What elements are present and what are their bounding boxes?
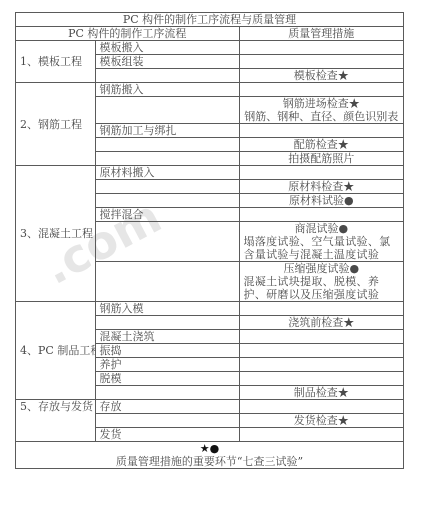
measure-cell [239,166,403,180]
measure-cell [239,302,403,316]
measure-detail: 塌落度试验、空气量试验、氯含量试验与混凝土温度试验 [244,235,399,261]
section-formwork: 1、模板工程 [16,41,96,83]
table-row: 5、存放与发货 存放 [16,400,404,414]
measure-cell: 商混试验● 塌落度试验、空气量试验、氯含量试验与混凝土温度试验 [239,222,403,262]
measure-cell [239,428,403,442]
measure-cell: 模板检查★ [239,69,403,83]
step-cell: 原材料搬入 [95,166,239,180]
measure-cell [239,208,403,222]
step-cell: 脱模 [95,372,239,386]
process-quality-table: PC 构件的制作工序流程与质量管理 PC 构件的制作工序流程 质量管理措施 1、… [15,12,404,469]
step-cell [95,222,239,262]
step-cell [95,138,239,152]
footer-note: 质量管理措施的重要环节“七查三试验” [116,455,303,468]
measure-cell: 钢筋进场检查★ 钢筋、钢种、直径、颜色识别表 [239,97,403,124]
section-pc-product: 4、PC 制品工程 [16,302,96,400]
measure-cell [239,358,403,372]
blur-overlay [322,474,402,494]
measure-title: 压缩强度试验● [283,262,359,275]
step-cell: 模板组装 [95,55,239,69]
measure-cell: 拍摄配筋照片 [239,152,403,166]
measure-cell: 压缩强度试验● 混凝土试块提取、脱模、养护、研磨以及压缩强度试验 [239,262,403,302]
measure-title: 商混试验● [294,222,348,235]
measure-cell: 制品检查★ [239,386,403,400]
measure-cell: 发货检查★ [239,414,403,428]
step-cell: 养护 [95,358,239,372]
legend-symbols: ★● [200,442,219,455]
step-cell: 搅拌混合 [95,208,239,222]
measure-cell [239,372,403,386]
table-row: 3、混凝土工程 原材料搬入 [16,166,404,180]
step-cell [95,152,239,166]
step-cell: 钢筋加工与绑扎 [95,124,239,138]
step-cell [95,69,239,83]
step-cell: 模板搬入 [95,41,239,55]
measure-cell [239,344,403,358]
header-process: PC 构件的制作工序流程 [16,27,240,41]
measure-cell: 原材料检查★ [239,180,403,194]
measure-cell [239,41,403,55]
section-rebar: 2、钢筋工程 [16,83,96,166]
step-cell: 钢筋入模 [95,302,239,316]
step-cell: 混凝土浇筑 [95,330,239,344]
step-cell [95,414,239,428]
step-cell [95,386,239,400]
measure-cell [239,83,403,97]
measure-cell: 浇筑前检查★ [239,316,403,330]
section-concrete: 3、混凝土工程 [16,166,96,302]
step-cell: 钢筋搬入 [95,83,239,97]
measure-title: 钢筋进场检查★ [283,97,360,110]
table-footer: ★● 质量管理措施的重要环节“七查三试验” [16,442,404,469]
measure-cell: 原材料试验● [239,194,403,208]
step-cell [95,194,239,208]
step-cell: 振捣 [95,344,239,358]
measure-cell [239,400,403,414]
step-cell [95,97,239,124]
table-row: 1、模板工程 模板搬入 [16,41,404,55]
step-cell: 发货 [95,428,239,442]
measure-cell [239,124,403,138]
step-cell [95,180,239,194]
measure-cell [239,55,403,69]
table-row: 4、PC 制品工程 钢筋入模 [16,302,404,316]
header-quality: 质量管理措施 [239,27,403,41]
measure-cell: 配筋检查★ [239,138,403,152]
step-cell [95,262,239,302]
step-cell: 存放 [95,400,239,414]
step-cell [95,316,239,330]
measure-detail: 混凝土试块提取、脱模、养护、研磨以及压缩强度试验 [244,275,399,301]
section-storage-shipping: 5、存放与发货 [16,400,96,442]
measure-cell [239,330,403,344]
measure-detail: 钢筋、钢种、直径、颜色识别表 [244,110,398,123]
table-row: 2、钢筋工程 钢筋搬入 [16,83,404,97]
table-title: PC 构件的制作工序流程与质量管理 [16,13,404,27]
